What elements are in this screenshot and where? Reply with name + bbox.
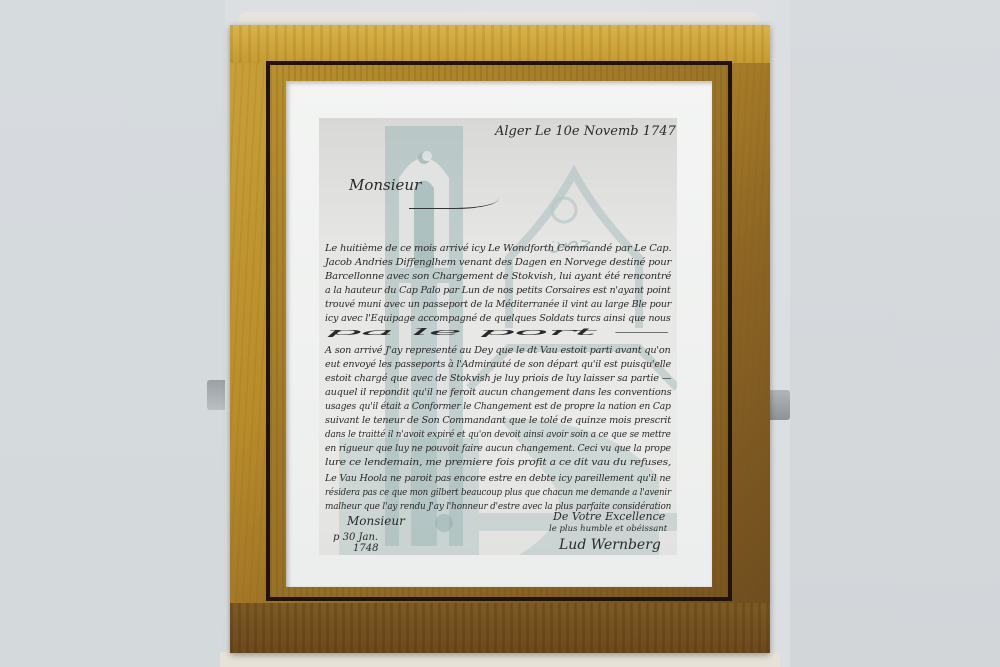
signature-name: Lud Wernberg <box>549 539 667 552</box>
body-line: usages qu'il était a Conformer le Change… <box>325 401 671 412</box>
body-line: estoit chargé que avec de Stokvish je lu… <box>325 373 671 384</box>
body-line: Le Vau Hoola ne paroit pas encore estre … <box>325 473 671 484</box>
picture-frame: حصن Alger Le 10e Novemb 1747 Monsieur Le… <box>230 25 770 653</box>
body-line: A son arrivé J'ay representé au Dey que … <box>325 345 671 356</box>
body-line: Le huitième de ce mois arrivé icy Le Won… <box>325 243 671 254</box>
signature-line-2: le plus humble et obéissant <box>549 523 667 536</box>
body-line: dans le traitté il n'avoit expiré et qu'… <box>325 429 671 440</box>
body-line: Barcellonne avec son Chargement de Stokv… <box>325 271 671 282</box>
body-line: trouvé muni avec un passeport de la Médi… <box>325 299 671 310</box>
body-line: auquel il repondit qu'il ne feroit aucun… <box>325 387 671 398</box>
body-line: suivant le teneur de Son Commandant que … <box>325 415 671 426</box>
easel-arm-left <box>207 380 225 410</box>
received-date-line-2: 1748 <box>333 543 378 554</box>
signature-block: De Votre Excellence le plus humble et ob… <box>549 510 667 552</box>
body-line: résidera pas ce que mon gilbert beaucoup… <box>325 487 671 498</box>
received-date: p 30 Jan. 1748 <box>333 532 378 554</box>
body-line: eut envoyé les passeports à l'Admirauté … <box>325 359 671 370</box>
body-line: Jacob Andries Diffenglhem venant des Dag… <box>325 257 671 268</box>
letter-date: Alger Le 10e Novemb 1747 <box>495 124 676 139</box>
mat-board: حصن Alger Le 10e Novemb 1747 Monsieur Le… <box>286 81 712 587</box>
letter-document: حصن Alger Le 10e Novemb 1747 Monsieur Le… <box>319 118 677 555</box>
received-date-line-1: p 30 Jan. <box>333 532 378 543</box>
body-line: lure ce lendemain, me premiere fois prof… <box>325 457 671 468</box>
salutation-flourish <box>409 188 499 209</box>
body-line: pa le port — <box>325 327 669 338</box>
easel-arm-right <box>770 390 790 420</box>
closing-monsieur: Monsieur <box>347 514 405 528</box>
body-line: en rigueur que luy ne pouvoit faire aucu… <box>325 443 671 454</box>
frame-bottom-bevel <box>230 603 770 653</box>
body-line: a la hauteur du Cap Palo par Lun de nos … <box>325 285 671 296</box>
easel-bottom-ledge <box>220 652 780 667</box>
wall-left <box>0 0 225 667</box>
body-line: icy avec l'Equipage accompagné de quelqu… <box>325 313 671 324</box>
frame-top-bevel <box>230 25 770 63</box>
wall-right <box>790 0 1000 667</box>
signature-line-1: De Votre Excellence <box>549 510 667 523</box>
